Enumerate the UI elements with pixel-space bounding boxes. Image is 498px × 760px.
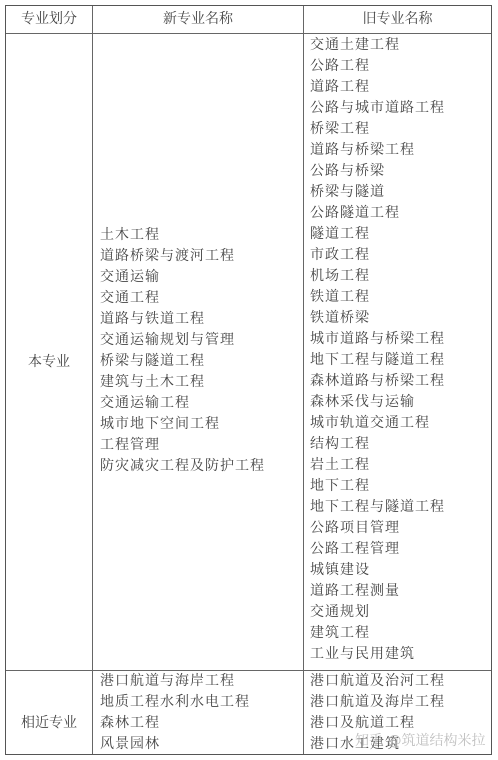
header-category: 专业划分 [6,6,92,33]
list-item: 港口航道及治河工程 [310,671,445,692]
list-item: 港口航道与海岸工程 [100,671,250,692]
header-old-major: 旧专业名称 [304,6,491,33]
list-item: 铁道工程 [310,287,445,308]
list-item: 公路工程管理 [310,539,445,560]
list-item: 工业与民用建筑 [310,644,445,665]
list-item: 机场工程 [310,266,445,287]
list-item: 公路工程 [310,56,445,77]
list-item: 交通规划 [310,602,445,623]
row-category-main: 本专业 [6,351,92,371]
list-item: 道路与铁道工程 [100,309,265,330]
list-item: 港口航道及海岸工程 [310,692,445,713]
row-category-related: 相近专业 [6,712,92,732]
list-item: 道路桥梁与渡河工程 [100,246,265,267]
list-item: 铁道桥梁 [310,308,445,329]
list-item: 交通运输规划与管理 [100,330,265,351]
list-item: 交通土建工程 [310,35,445,56]
list-item: 城镇建设 [310,560,445,581]
column-divider-1 [92,6,93,754]
list-item: 道路工程 [310,77,445,98]
list-item: 城市地下空间工程 [100,414,265,435]
header-divider [6,33,491,34]
list-item: 结构工程 [310,434,445,455]
list-item: 城市道路与桥梁工程 [310,329,445,350]
column-divider-2 [303,6,304,754]
list-item: 市政工程 [310,245,445,266]
list-item: 地质工程水利水电工程 [100,692,250,713]
old-majors-list-main: 交通土建工程 公路工程 道路工程 公路与城市道路工程 桥梁工程 道路与桥梁工程 … [310,35,445,665]
list-item: 交通运输 [100,267,265,288]
list-item: 岩土工程 [310,455,445,476]
header-new-major: 新专业名称 [93,6,303,33]
list-item: 防灾减灾工程及防护工程 [100,456,265,477]
new-majors-list-related: 港口航道与海岸工程 地质工程水利水电工程 森林工程 风景园林 [100,671,250,755]
list-item: 地下工程 [310,476,445,497]
list-item: 桥梁与隧道 [310,182,445,203]
list-item: 公路与城市道路工程 [310,98,445,119]
list-item: 建筑与土木工程 [100,372,265,393]
list-item: 城市轨道交通工程 [310,413,445,434]
list-item: 工程管理 [100,435,265,456]
list-item: 公路隧道工程 [310,203,445,224]
list-item: 建筑工程 [310,623,445,644]
list-item: 隧道工程 [310,224,445,245]
list-item: 土木工程 [100,225,265,246]
watermark: 知乎 @筑道结构米拉 [355,730,485,750]
list-item: 桥梁与隧道工程 [100,351,265,372]
list-item: 交通运输工程 [100,393,265,414]
list-item: 道路工程测量 [310,581,445,602]
list-item: 道路与桥梁工程 [310,140,445,161]
list-item: 公路项目管理 [310,518,445,539]
list-item: 地下工程与隧道工程 [310,497,445,518]
list-item: 交通工程 [100,288,265,309]
list-item: 公路与桥梁 [310,161,445,182]
list-item: 森林采伐与运输 [310,392,445,413]
new-majors-list-main: 土木工程 道路桥梁与渡河工程 交通运输 交通工程 道路与铁道工程 交通运输规划与… [100,225,265,477]
list-item: 森林道路与桥梁工程 [310,371,445,392]
majors-table: 专业划分 新专业名称 旧专业名称 本专业 土木工程 道路桥梁与渡河工程 交通运输… [5,5,492,755]
list-item: 森林工程 [100,713,250,734]
list-item: 桥梁工程 [310,119,445,140]
list-item: 风景园林 [100,734,250,755]
list-item: 地下工程与隧道工程 [310,350,445,371]
